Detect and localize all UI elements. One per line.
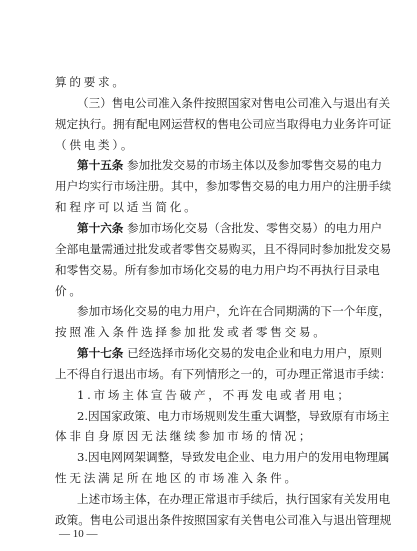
- line-text: 政策。售电公司退出条件按照国家有关售电公司准入与退出管理规: [55, 513, 391, 527]
- line-text: 价。: [55, 284, 84, 298]
- text-line: 第十五条 参加批发交易的市场主体以及参加零售交易的电力: [77, 155, 360, 175]
- line-text: 参加市场化交易的电力用户，允许在合同期满的下一个年度，: [77, 304, 390, 318]
- line-text: 规定执行。拥有配电网运营权的售电公司应当取得电力业务许可证: [55, 117, 391, 131]
- line-text: 2.因国家政策、电力市场规则发生重大调整，导致原有市场主: [77, 409, 390, 423]
- text-line: 用户均实行市场注册。其中，参加零售交易的电力用户的注册手续: [55, 176, 360, 196]
- line-text: 上不得自行退出市场。有下列情形之一的，可办理正常退市手续：: [55, 367, 391, 381]
- line-text: 参加批发交易的市场主体以及参加零售交易的电力: [123, 158, 382, 172]
- text-line: 体非自身原因无法继续参加市场的情况；: [55, 426, 360, 446]
- text-line: 上述市场主体，在办理正常退市手续后，执行国家有关发用电: [77, 489, 360, 509]
- text-line: 和零售交易。所有参加市场化交易的电力用户均不再执行目录电: [55, 260, 360, 280]
- line-text: 参加市场化交易（含批发、零售交易）的电力用户: [123, 221, 382, 235]
- text-line: 全部电量需通过批发或者零售交易购买，且不得同时参加批发交易: [55, 239, 360, 259]
- article-heading: 第十五条: [77, 158, 123, 172]
- text-line: 按照准入条件选择参加批发或者零售交易。: [55, 322, 360, 342]
- line-text: 按照准入条件选择参加批发或者零售交易。: [55, 325, 328, 339]
- text-line: 1.市场主体宣告破产，不再发电或者用电；: [77, 385, 360, 405]
- line-text: 上述市场主体，在办理正常退市手续后，执行国家有关发用电: [77, 492, 390, 506]
- article-heading: 第十七条: [77, 346, 123, 360]
- line-text: （供电类）。: [55, 138, 135, 152]
- line-text: 1.市场主体宣告破产，不再发电或者用电；: [77, 388, 352, 402]
- line-text: 3.因电网网架调整，导致发电企业、电力用户的发用电物理属: [77, 450, 390, 464]
- document-page: 算的要求。（三）售电公司准入条件按照国家对售电公司准入与退出有关规定执行。拥有配…: [0, 0, 417, 551]
- text-line: 算的要求。: [55, 72, 360, 92]
- text-line: 第十六条 参加市场化交易（含批发、零售交易）的电力用户: [77, 218, 360, 238]
- text-line: 价。: [55, 281, 360, 301]
- text-line: 上不得自行退出市场。有下列情形之一的，可办理正常退市手续：: [55, 364, 360, 384]
- text-line: （三）售电公司准入条件按照国家对售电公司准入与退出有关: [77, 93, 360, 113]
- article-heading: 第十六条: [77, 221, 123, 235]
- text-line: 2.因国家政策、电力市场规则发生重大调整，导致原有市场主: [77, 406, 360, 426]
- page-number: — 10 —: [59, 526, 98, 542]
- line-text: 和程序可以适当简化。: [55, 200, 198, 214]
- line-text: 体非自身原因无法继续参加市场的情况；: [55, 429, 313, 443]
- text-line: 规定执行。拥有配电网运营权的售电公司应当取得电力业务许可证: [55, 114, 360, 134]
- line-text: 全部电量需通过批发或者零售交易购买，且不得同时参加批发交易: [55, 242, 391, 256]
- line-text: 用户均实行市场注册。其中，参加零售交易的电力用户的注册手续: [55, 179, 391, 193]
- line-text: 性无法满足所在地区的市场准入条件。: [55, 471, 299, 485]
- line-text: 和零售交易。所有参加市场化交易的电力用户均不再执行目录电: [55, 263, 380, 277]
- line-text: 已经选择市场化交易的发电企业和电力用户，原则: [123, 346, 382, 360]
- text-line: 和程序可以适当简化。: [55, 197, 360, 217]
- text-line: 参加市场化交易的电力用户，允许在合同期满的下一个年度，: [77, 301, 360, 321]
- text-line: 3.因电网网架调整，导致发电企业、电力用户的发用电物理属: [77, 447, 360, 467]
- text-line: （供电类）。: [55, 135, 360, 155]
- text-line: 政策。售电公司退出条件按照国家有关售电公司准入与退出管理规: [55, 510, 360, 530]
- text-line: 性无法满足所在地区的市场准入条件。: [55, 468, 360, 488]
- line-text: 算的要求。: [55, 75, 127, 89]
- line-text: （三）售电公司准入条件按照国家对售电公司准入与退出有关: [77, 96, 390, 110]
- text-line: 第十七条 已经选择市场化交易的发电企业和电力用户，原则: [77, 343, 360, 363]
